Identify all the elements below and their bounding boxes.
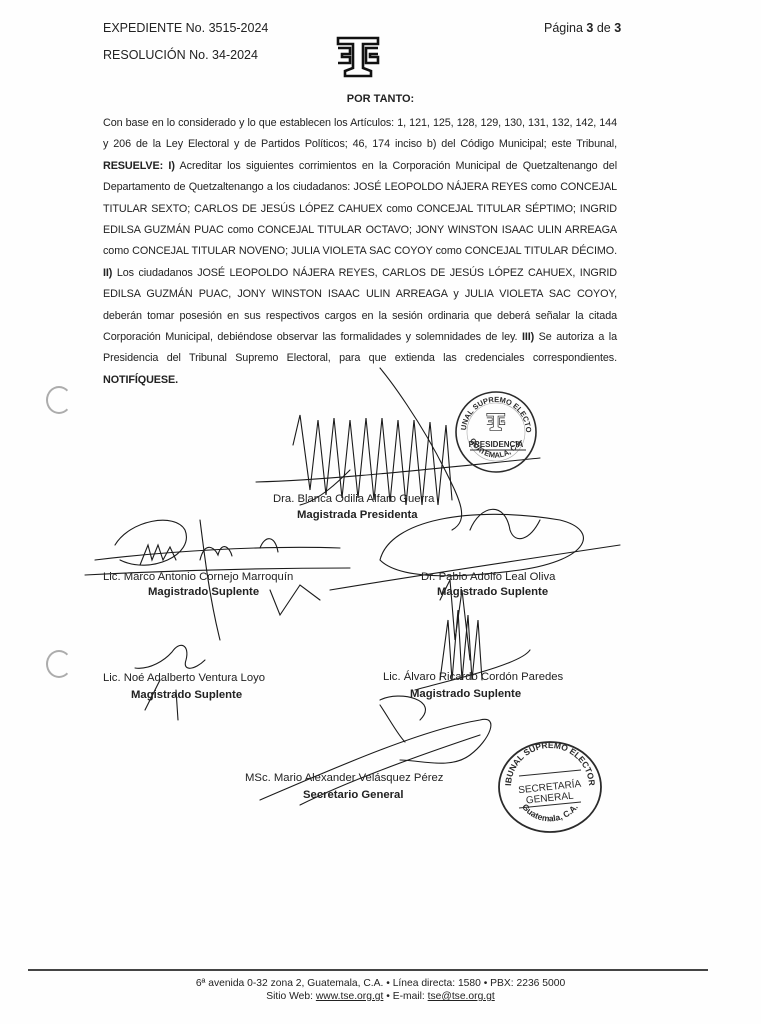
website-link[interactable]: www.tse.org.gt	[316, 991, 384, 1002]
punch-hole-mark	[46, 650, 72, 678]
signatory-name-velasquez: MSc. Mario Alexander Velásquez Pérez	[245, 772, 443, 784]
body-paragraph-1: Con base en lo considerado y lo que esta…	[103, 117, 617, 150]
signatory-name-leal: Dr. Pablo Adolfo Leal Oliva	[421, 571, 555, 583]
signatory-title-velasquez: Secretario General	[303, 789, 403, 801]
footer-contact: Sitio Web: www.tse.org.gt • E-mail: tse@…	[0, 991, 761, 1002]
signatory-name-ventura: Lic. Noé Adalberto Ventura Loyo	[103, 672, 265, 684]
punch-hole-mark	[46, 386, 72, 414]
footer-address: 6ª avenida 0-32 zona 2, Guatemala, C.A. …	[0, 978, 761, 989]
signatory-title-cornejo: Magistrado Suplente	[148, 586, 259, 598]
web-label: Sitio Web:	[266, 991, 316, 1002]
section-ii-label: II)	[103, 267, 112, 279]
signatory-title-cordon: Magistrado Suplente	[410, 688, 521, 700]
signatory-name-presidenta: Dra. Blanca Odilia Alfaro Guerra	[273, 493, 434, 505]
resolution-body: Con base en lo considerado y lo que esta…	[103, 113, 617, 391]
signatory-title-presidenta: Magistrada Presidenta	[297, 509, 418, 521]
tse-logo-icon	[334, 35, 382, 79]
signatory-name-cornejo: Lic. Marco Antonio Cornejo Marroquín	[103, 571, 293, 583]
page-total: 3	[614, 21, 621, 35]
page-indicator: Página 3 de 3	[544, 21, 621, 35]
expediente-number: EXPEDIENTE No. 3515-2024	[103, 21, 268, 35]
svg-text:TRIBUNAL SUPREMO ELECTORAL: TRIBUNAL SUPREMO ELECTORAL	[497, 740, 597, 786]
page-prefix: Página	[544, 21, 586, 35]
body-paragraph-2: Acreditar los siguientes corrimientos en…	[103, 160, 617, 258]
document-page: EXPEDIENTE No. 3515-2024 RESOLUCIÓN No. …	[0, 0, 761, 1024]
signatory-title-ventura: Magistrado Suplente	[131, 689, 242, 701]
signatory-name-cordon: Lic. Álvaro Ricardo Cordón Paredes	[383, 671, 563, 683]
section-iii-label: III)	[522, 331, 534, 343]
resuelve-label: RESUELVE: I)	[103, 160, 175, 172]
notifiquese-label: NOTIFÍQUESE.	[103, 374, 178, 386]
secretaria-general-stamp: TRIBUNAL SUPREMO ELECTORAL Guatemala, C.…	[497, 740, 603, 834]
page-mid: de	[593, 21, 614, 35]
signatory-title-leal: Magistrado Suplente	[437, 586, 548, 598]
email-link[interactable]: tse@tse.org.gt	[428, 991, 495, 1002]
section-heading: POR TANTO:	[0, 93, 761, 105]
resolucion-number: RESOLUCIÓN No. 34-2024	[103, 48, 258, 62]
svg-text:PRESIDENCIA: PRESIDENCIA	[469, 440, 524, 449]
footer-divider	[28, 969, 708, 971]
presidencia-stamp: TRIBUNAL SUPREMO ELECTORAL GUATEMALA, C.…	[454, 390, 538, 474]
email-label: • E-mail:	[383, 991, 427, 1002]
